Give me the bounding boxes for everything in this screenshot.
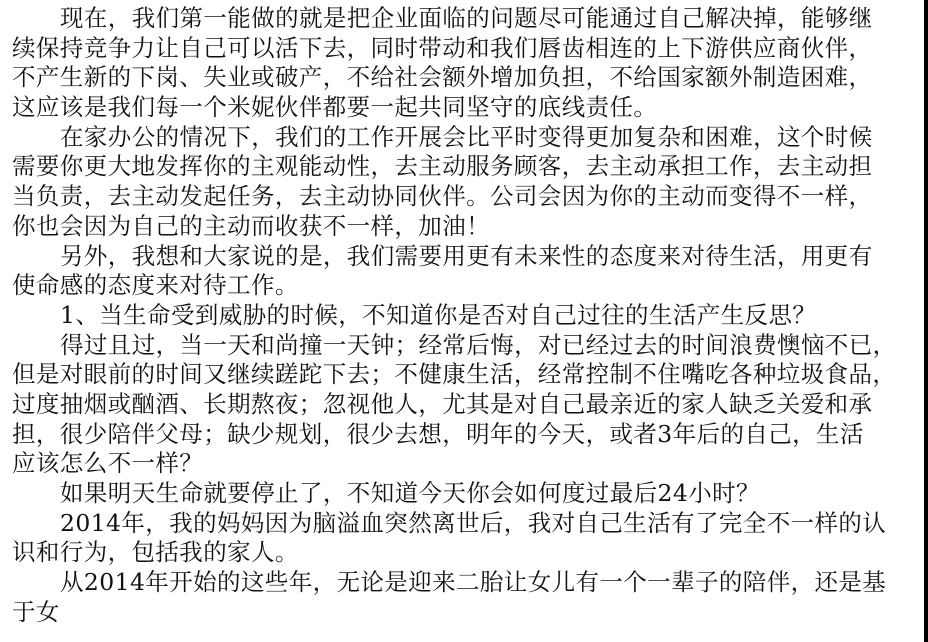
- text-line: 使命感的态度来对待工作。: [12, 271, 917, 301]
- text-line: 应该怎么不一样？: [12, 449, 917, 479]
- text-line: 这应该是我们每一个米妮伙伴都要一起共同坚守的底线责任。: [12, 93, 917, 123]
- paragraph-bad-habits: 得过且过，当一天和尚撞一天钟；经常后悔，对已经过去的时间浪费懊恼不已， 但是对眼…: [12, 331, 917, 479]
- text-line: 于女: [12, 598, 917, 628]
- text-line: 但是对眼前的时间又继续蹉跎下去；不健康生活，经常控制不住嘴吃各种垃圾食品，: [12, 360, 917, 390]
- paragraph-2014-mother: 2014年，我的妈妈因为脑溢血突然离世后，我对自己生活有了完全不一样的认 识和行…: [12, 509, 917, 568]
- text-line: 1、当生命受到威胁的时候，不知道你是否对自己过往的生活产生反思？: [12, 301, 917, 331]
- paragraph-last-24-hours: 如果明天生命就要停止了，不知道今天你会如何度过最后24小时？: [12, 479, 917, 509]
- text-line: 你也会因为自己的主动而收获不一样，加油！: [12, 212, 917, 242]
- document-page: 现在，我们第一能做的就是把企业面临的问题尽可能通过自己解决掉，能够继 续保持竞争…: [0, 0, 924, 642]
- text-line: 过度抽烟或酗酒、长期熬夜；忽视他人，尤其是对自己最亲近的家人缺乏关爱和承: [12, 390, 917, 420]
- text-line: 担，很少陪伴父母；缺少规划，很少去想，明年的今天，或者3年后的自己，生活: [12, 420, 917, 450]
- paragraph-question-1: 1、当生命受到威胁的时候，不知道你是否对自己过往的生活产生反思？: [12, 301, 917, 331]
- page-edge-border: [924, 0, 928, 642]
- text-line: 如果明天生命就要停止了，不知道今天你会如何度过最后24小时？: [12, 479, 917, 509]
- text-line: 2014年，我的妈妈因为脑溢血突然离世后，我对自己生活有了完全不一样的认: [12, 509, 917, 539]
- text-line: 续保持竞争力让自己可以活下去，同时带动和我们唇齿相连的上下游供应商伙伴，: [12, 34, 917, 64]
- paragraph-bottom-line-responsibility: 现在，我们第一能做的就是把企业面临的问题尽可能通过自己解决掉，能够继 续保持竞争…: [12, 4, 917, 123]
- text-line: 另外，我想和大家说的是，我们需要用更有未来性的态度来对待生活，用更有: [12, 242, 917, 272]
- text-line: 现在，我们第一能做的就是把企业面临的问题尽可能通过自己解决掉，能够继: [12, 4, 917, 34]
- paragraph-future-attitude: 另外，我想和大家说的是，我们需要用更有未来性的态度来对待生活，用更有 使命感的态…: [12, 242, 917, 301]
- article-body: 现在，我们第一能做的就是把企业面临的问题尽可能通过自己解决掉，能够继 续保持竞争…: [12, 4, 917, 627]
- paragraph-since-2014: 从2014年开始的这些年，无论是迎来二胎让女儿有一个一辈子的陪伴，还是基 于女: [12, 568, 917, 627]
- paragraph-work-from-home: 在家办公的情况下，我们的工作开展会比平时变得更加复杂和困难，这个时候 需要你更大…: [12, 123, 917, 242]
- text-line: 从2014年开始的这些年，无论是迎来二胎让女儿有一个一辈子的陪伴，还是基: [12, 568, 917, 598]
- text-line: 需要你更大地发挥你的主观能动性，去主动服务顾客，去主动承担工作，去主动担: [12, 152, 917, 182]
- text-line: 在家办公的情况下，我们的工作开展会比平时变得更加复杂和困难，这个时候: [12, 123, 917, 153]
- text-line: 当负责，去主动发起任务，去主动协同伙伴。公司会因为你的主动而变得不一样，: [12, 182, 917, 212]
- text-line: 得过且过，当一天和尚撞一天钟；经常后悔，对已经过去的时间浪费懊恼不已，: [12, 331, 917, 361]
- text-line: 不产生新的下岗、失业或破产，不给社会额外增加负担，不给国家额外制造困难，: [12, 63, 917, 93]
- text-line: 识和行为，包括我的家人。: [12, 538, 917, 568]
